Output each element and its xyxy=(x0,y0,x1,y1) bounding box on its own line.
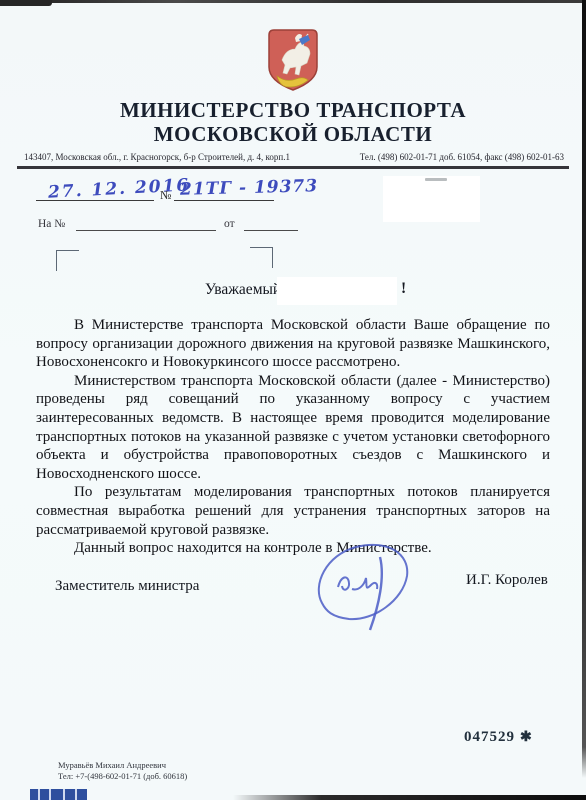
scan-smudge xyxy=(425,178,447,181)
scanned-letter-page: МИНИСТЕРСТВО ТРАНСПОРТА МОСКОВСКОЙ ОБЛАС… xyxy=(0,0,586,800)
executor-phone: Тел: +7-(498-602-01-71 (доб. 60618) xyxy=(58,771,187,782)
org-address: 143407, Московская обл., г. Красногорск,… xyxy=(24,152,290,162)
handwritten-outgoing-number: 21ТГ - 19373 xyxy=(180,176,319,200)
org-name-line1: МИНИСТЕРСТВО ТРАНСПОРТА xyxy=(0,98,586,123)
scan-edge-top xyxy=(0,0,586,3)
date-underline xyxy=(36,200,154,201)
executor-name: Муравьёв Михаил Андреевич xyxy=(58,760,187,771)
header-rule xyxy=(17,166,569,169)
barcode-stripe xyxy=(63,789,65,800)
barcode-stripe xyxy=(38,789,40,800)
barcode-stripe xyxy=(75,789,77,800)
salutation-exclamation: ! xyxy=(401,280,406,298)
from-label: от xyxy=(224,218,235,230)
redaction-box-name xyxy=(277,277,397,305)
registration-number: 047529✱ xyxy=(464,729,533,746)
barcode xyxy=(30,789,87,800)
number-sign-label: № xyxy=(160,188,171,203)
from-underline xyxy=(244,230,298,231)
paragraph-3: По результатам моделирования транспортны… xyxy=(36,483,550,539)
signer-name: И.Г. Королев xyxy=(466,572,548,589)
paragraph-1: В Министерстве транспорта Московской обл… xyxy=(36,316,550,372)
letter-body: В Министерстве транспорта Московской обл… xyxy=(36,316,550,558)
moscow-region-coat-of-arms-icon xyxy=(268,29,318,96)
handwritten-signature-icon xyxy=(310,537,415,637)
number-underline xyxy=(174,200,274,201)
in-reply-underline xyxy=(76,230,216,231)
signer-job-title: Заместитель министра xyxy=(55,578,199,595)
scan-edge-bottom xyxy=(233,795,586,800)
addressee-corner-mark-right xyxy=(250,247,273,268)
paragraph-4: Данный вопрос находится на контроле в Ми… xyxy=(36,539,550,558)
in-reply-to-label: На № xyxy=(38,218,65,230)
paragraph-2: Министерством транспорта Московской обла… xyxy=(36,372,550,484)
salutation-text: Уважаемый xyxy=(205,281,281,299)
redaction-box-top xyxy=(383,176,480,222)
executor-contact: Муравьёв Михаил Андреевич Тел: +7-(498-6… xyxy=(58,760,187,782)
scan-edge-top-left xyxy=(0,0,52,6)
addressee-corner-mark-left xyxy=(56,250,79,271)
org-name-line2: МОСКОВСКОЙ ОБЛАСТИ xyxy=(0,122,586,147)
registration-number-value: 047529 xyxy=(464,729,515,745)
org-phone: Тел. (498) 602-01-71 доб. 61054, факс (4… xyxy=(360,152,564,162)
asterisk-mark-icon: ✱ xyxy=(515,730,533,745)
barcode-stripe xyxy=(49,789,51,800)
